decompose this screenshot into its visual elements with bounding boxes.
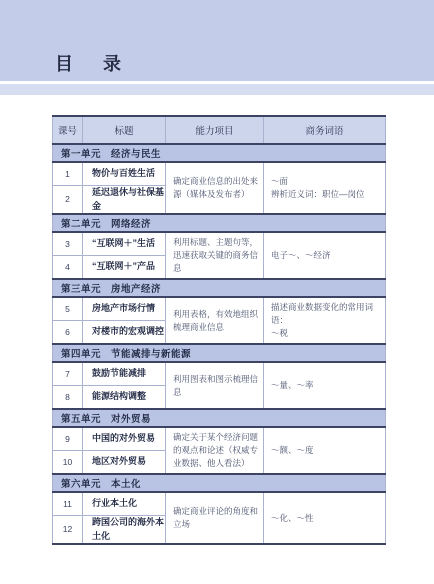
table-row: 7 鼓励节能减排 利用图表和图示梳理信息 ～量、～率 bbox=[53, 362, 386, 386]
business-words-line: ～额、～度 bbox=[271, 444, 381, 457]
unit-label: 第五单元 对外贸易 bbox=[53, 409, 386, 427]
lesson-number-cell: 2 bbox=[53, 186, 83, 215]
table-row: 9 中国的对外贸易 确定关于某个经济问题的观点和论述（权威专业数据、他人看法） … bbox=[53, 427, 386, 451]
lesson-number-cell: 6 bbox=[53, 321, 83, 345]
table-row: 3 “互联网＋”生活 利用标题、主题句等，迅速获取关键的商务信息 电子～、～经济 bbox=[53, 232, 386, 256]
table-row: 5 房地产市场行情 利用表格，有效地组织梳理商业信息 描述商业数据变化的常用词语… bbox=[53, 297, 386, 321]
column-header-business-words: 商务词语 bbox=[264, 116, 386, 144]
business-words-line: ～税 bbox=[271, 327, 381, 340]
unit-label: 第一单元 经济与民生 bbox=[53, 144, 386, 162]
business-words-cell: ～化、～性 bbox=[264, 492, 386, 544]
unit-block-3: 第三单元 房地产经济 5 房地产市场行情 利用表格，有效地组织梳理商业信息 描述… bbox=[53, 279, 386, 344]
business-words-line: 电子～、～经济 bbox=[271, 249, 381, 262]
business-words-line: ～量、～率 bbox=[271, 379, 381, 392]
lesson-title-cell: 延迟退休与社保基金 bbox=[83, 186, 166, 215]
business-words-cell: 电子～、～经济 bbox=[264, 232, 386, 279]
unit-header-row: 第三单元 房地产经济 bbox=[53, 279, 386, 297]
table-header-row: 课号 标题 能力项目 商务词语 bbox=[53, 116, 386, 144]
business-words-line: ～面 bbox=[271, 175, 381, 188]
unit-block-4: 第四单元 节能减排与新能源 7 鼓励节能减排 利用图表和图示梳理信息 ～量、～率… bbox=[53, 344, 386, 409]
table-row: 1 物价与百姓生活 确定商业信息的出处来源（媒体及发布者） ～面 辨析近义词：职… bbox=[53, 162, 386, 186]
unit-label: 第二单元 网络经济 bbox=[53, 214, 386, 232]
lesson-title-cell: 能源结构调整 bbox=[83, 386, 166, 410]
ability-cell: 确定商业评论的角度和立场 bbox=[166, 492, 264, 544]
unit-label: 第四单元 节能减排与新能源 bbox=[53, 344, 386, 362]
column-header-ability: 能力项目 bbox=[166, 116, 264, 144]
ability-cell: 利用表格，有效地组织梳理商业信息 bbox=[166, 297, 264, 344]
lesson-number-cell: 9 bbox=[53, 427, 83, 451]
business-words-line: 描述商业数据变化的常用词语： bbox=[271, 301, 381, 327]
lesson-number-cell: 4 bbox=[53, 256, 83, 280]
unit-header-row: 第五单元 对外贸易 bbox=[53, 409, 386, 427]
unit-header-row: 第四单元 节能减排与新能源 bbox=[53, 344, 386, 362]
unit-label: 第三单元 房地产经济 bbox=[53, 279, 386, 297]
lesson-number-cell: 11 bbox=[53, 492, 83, 516]
unit-block-2: 第二单元 网络经济 3 “互联网＋”生活 利用标题、主题句等，迅速获取关键的商务… bbox=[53, 214, 386, 279]
lesson-title-cell: 跨国公司的海外本土化 bbox=[83, 516, 166, 545]
lesson-title-cell: 房地产市场行情 bbox=[83, 297, 166, 321]
lesson-title-cell: “互联网＋”生活 bbox=[83, 232, 166, 256]
lesson-number-cell: 7 bbox=[53, 362, 83, 386]
lesson-number-cell: 1 bbox=[53, 162, 83, 186]
business-words-line: ～化、～性 bbox=[271, 512, 381, 525]
unit-block-6: 第六单元 本土化 11 行业本土化 确定商业评论的角度和立场 ～化、～性 12 … bbox=[53, 474, 386, 544]
business-words-cell: ～量、～率 bbox=[264, 362, 386, 409]
toc-table: 课号 标题 能力项目 商务词语 第一单元 经济与民生 1 物价与百姓生活 确定商… bbox=[52, 115, 386, 545]
ability-cell: 确定关于某个经济问题的观点和论述（权威专业数据、他人看法） bbox=[166, 427, 264, 474]
ability-cell: 利用图表和图示梳理信息 bbox=[166, 362, 264, 409]
table-row: 11 行业本土化 确定商业评论的角度和立场 ～化、～性 bbox=[53, 492, 386, 516]
ability-cell: 利用标题、主题句等，迅速获取关键的商务信息 bbox=[166, 232, 264, 279]
lesson-number-cell: 3 bbox=[53, 232, 83, 256]
page-title: 目 录 bbox=[55, 50, 127, 76]
lesson-number-cell: 10 bbox=[53, 451, 83, 475]
page-header-band: 目 录 bbox=[0, 0, 434, 81]
business-words-cell: 描述商业数据变化的常用词语： ～税 bbox=[264, 297, 386, 344]
header-accent-strip bbox=[0, 84, 434, 95]
lesson-number-cell: 8 bbox=[53, 386, 83, 410]
lesson-title-cell: 中国的对外贸易 bbox=[83, 427, 166, 451]
unit-block-1: 第一单元 经济与民生 1 物价与百姓生活 确定商业信息的出处来源（媒体及发布者）… bbox=[53, 144, 386, 214]
business-words-cell: ～面 辨析近义词：职位—岗位 bbox=[264, 162, 386, 214]
column-header-title: 标题 bbox=[83, 116, 166, 144]
lesson-number-cell: 12 bbox=[53, 516, 83, 545]
unit-label: 第六单元 本土化 bbox=[53, 474, 386, 492]
business-words-line: 辨析近义词：职位—岗位 bbox=[271, 188, 381, 201]
unit-header-row: 第一单元 经济与民生 bbox=[53, 144, 386, 162]
ability-cell: 确定商业信息的出处来源（媒体及发布者） bbox=[166, 162, 264, 214]
lesson-number-cell: 5 bbox=[53, 297, 83, 321]
unit-header-row: 第二单元 网络经济 bbox=[53, 214, 386, 232]
lesson-title-cell: “互联网＋”产品 bbox=[83, 256, 166, 280]
column-header-lesson-no: 课号 bbox=[53, 116, 83, 144]
lesson-title-cell: 鼓励节能减排 bbox=[83, 362, 166, 386]
lesson-title-cell: 对楼市的宏观调控 bbox=[83, 321, 166, 345]
lesson-title-cell: 地区对外贸易 bbox=[83, 451, 166, 475]
lesson-title-cell: 物价与百姓生活 bbox=[83, 162, 166, 186]
unit-header-row: 第六单元 本土化 bbox=[53, 474, 386, 492]
business-words-cell: ～额、～度 bbox=[264, 427, 386, 474]
unit-block-5: 第五单元 对外贸易 9 中国的对外贸易 确定关于某个经济问题的观点和论述（权威专… bbox=[53, 409, 386, 474]
lesson-title-cell: 行业本土化 bbox=[83, 492, 166, 516]
